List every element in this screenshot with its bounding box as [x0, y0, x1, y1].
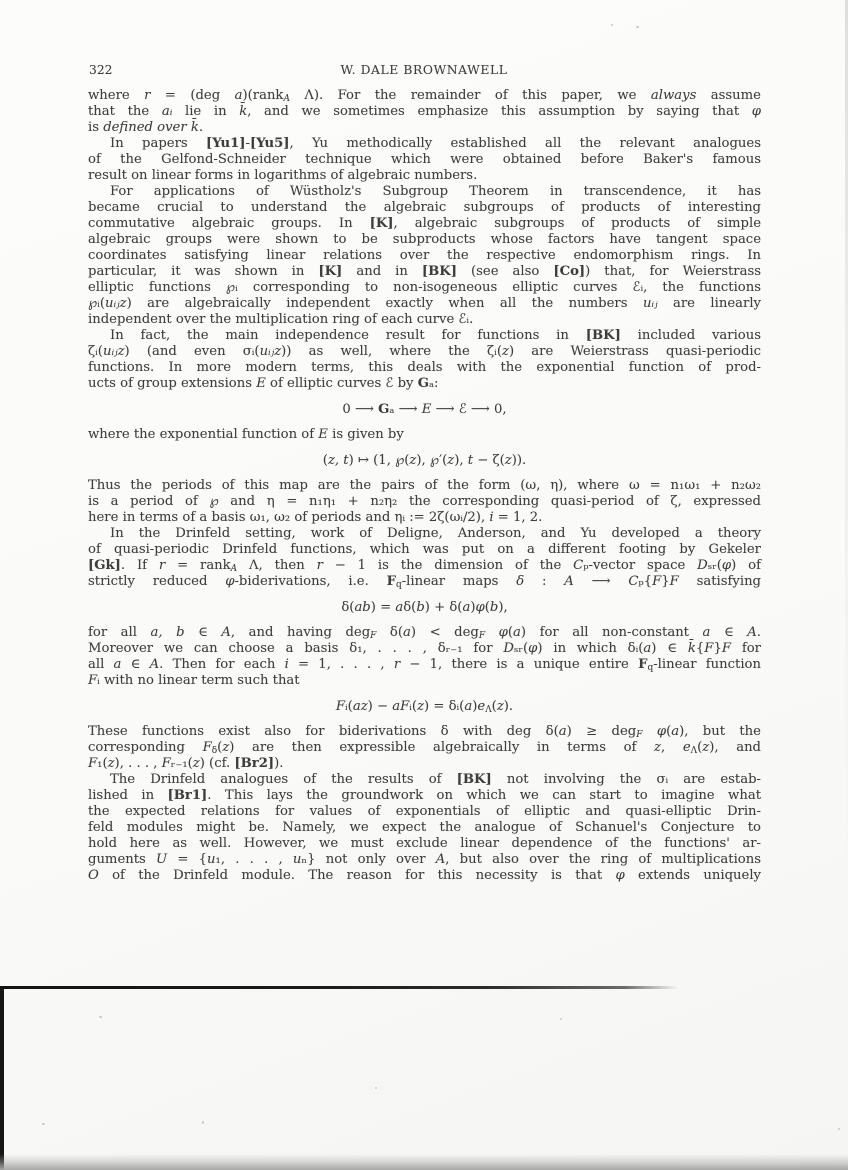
text-line: F₁(z), . . . , Fᵣ₋₁(z) (cf. [Br2]).: [88, 756, 761, 772]
text-segment: , and we sometimes emphasize this assump…: [247, 104, 752, 119]
text-segment: elliptic functions ℘ᵢ corresponding to n…: [88, 280, 761, 295]
text-segment: [BK]: [586, 328, 621, 343]
text-segment: 0 ⟶: [342, 402, 378, 417]
display-equation: (z, t) ↦ (1, ℘(z), ℘′(z), t − ζ(z)).: [88, 453, 761, 469]
text-segment: z: [193, 756, 200, 771]
text-segment: of the Gelfond-Schneider technique which…: [88, 152, 761, 167]
scan-speck: [42, 1123, 45, 1125]
running-head: W. DALE BROWNAWELL: [0, 63, 848, 77]
text-segment: [K]: [370, 216, 394, 231]
text-segment: = 1, 2.: [494, 510, 543, 525]
text-segment: ) =: [371, 600, 396, 615]
text-segment: u: [207, 852, 216, 867]
paragraph: where the exponential function of E is g…: [88, 427, 761, 443]
paragraph: Thus the periods of this map are the pai…: [88, 478, 761, 526]
text-segment: assume: [696, 88, 761, 103]
paragraph: For applications of Wüstholz's Subgroup …: [88, 184, 761, 328]
text-segment: [Yu5]: [250, 136, 290, 151]
text-segment: )(rank: [242, 88, 283, 103]
text-segment: ₁, . . . ,: [216, 852, 293, 867]
text-segment: ᵢ(: [409, 699, 417, 714]
text-line: guments U = {u₁, . . . , uₙ} not only ov…: [88, 852, 761, 868]
text-segment: ) (and even σᵢ(: [125, 344, 260, 359]
text-segment: ∈: [121, 657, 149, 672]
text-segment: [BK]: [422, 264, 457, 279]
text-segment: . Then for each: [159, 657, 284, 672]
text-segment: feld modules might be. Namely, we expect…: [88, 820, 761, 835]
text-segment: = rank: [165, 558, 230, 573]
text-segment: )) as well, where the ζᵢ(: [281, 344, 502, 359]
text-segment: ucts of group extensions: [88, 376, 256, 391]
text-segment: extends uniquely: [625, 868, 761, 883]
text-segment: ᵢ(: [345, 699, 353, 714]
text-segment: )).: [512, 453, 526, 468]
text-segment: ₐ:: [429, 376, 439, 391]
text-line: here in terms of a basis ω₁, ω₂ of perio…: [88, 510, 761, 526]
text-segment: here in terms of a basis ω₁, ω₂ of perio…: [88, 510, 489, 525]
text-line: is a period of ℘ and η = n₁η₁ + n₂η₂ the…: [88, 494, 761, 510]
scan-artifact-left-bar: [0, 988, 4, 1170]
text-segment: These functions exist also for biderivat…: [88, 724, 559, 739]
text-segment: commutative algebraic groups. In: [88, 216, 370, 231]
text-segment: algebraic groups were shown to be subpro…: [88, 232, 761, 247]
text-segment: A: [150, 657, 160, 672]
text-segment: independent over the multiplication ring…: [88, 312, 473, 327]
text-segment: uᵢⱼz: [103, 344, 125, 359]
text-segment: lie in: [172, 104, 239, 119]
text-segment: guments: [88, 852, 156, 867]
text-segment: A: [564, 574, 574, 589]
text-segment: ₚ-vector space: [583, 558, 697, 573]
text-segment: all: [88, 657, 114, 672]
text-segment: satisfying: [679, 574, 761, 589]
paragraph: In papers [Yu1]-[Yu5], Yu methodically e…: [88, 136, 761, 184]
text-line: lished in [Br1]. This lays the groundwor…: [88, 788, 761, 804]
text-segment: ).: [504, 699, 513, 714]
text-segment: − 1 is the dimension of the: [323, 558, 573, 573]
text-segment: ) in which δᵢ(: [537, 641, 643, 656]
text-segment: The Drinfeld analogues of the results of: [110, 772, 457, 787]
text-segment: F: [88, 756, 97, 771]
text-segment: for: [731, 641, 761, 656]
scan-artifact-bottom-band: [0, 1154, 848, 1170]
paragraph: These functions exist also for biderivat…: [88, 724, 761, 772]
text-segment: E: [422, 402, 432, 417]
text-segment: for all: [88, 625, 151, 640]
text-segment: a: [403, 625, 411, 640]
text-line: corresponding Fδ(z) are then expressible…: [88, 740, 761, 756]
text-segment: , algebraic subgroups of products of sim…: [394, 216, 761, 231]
text-segment: uᵢⱼ: [643, 296, 658, 311]
text-segment: az: [353, 699, 368, 714]
text-segment: − ζ(: [473, 453, 505, 468]
text-line: elliptic functions ℘ᵢ corresponding to n…: [88, 280, 761, 296]
text-segment: ₙ} not only over: [301, 852, 435, 867]
text-segment: ).: [274, 756, 283, 771]
text-segment: -linear function: [653, 657, 761, 672]
text-segment: (see also: [457, 264, 553, 279]
text-segment: A: [221, 625, 231, 640]
text-segment: a: [559, 724, 567, 739]
text-segment: ), . . . ,: [115, 756, 162, 771]
text-segment: strictly reduced: [88, 574, 225, 589]
text-segment: φ: [475, 600, 484, 615]
text-segment: -linear maps: [402, 574, 517, 589]
text-segment: [Co]: [553, 264, 585, 279]
text-segment: ) are algebraically independent exactly …: [127, 296, 643, 311]
text-segment: of the Drinfeld module. The reason for t…: [99, 868, 616, 883]
text-segment: For applications of Wüstholz's Subgroup …: [110, 184, 761, 199]
text-segment: δ(: [403, 600, 416, 615]
text-segment: z, t: [328, 453, 349, 468]
scan-speck: [375, 1087, 377, 1089]
text-segment: defined over: [103, 120, 186, 135]
text-segment: uᵢⱼz: [105, 296, 127, 311]
text-line: Thus the periods of this map are the pai…: [88, 478, 761, 494]
text-segment: and in: [342, 264, 422, 279]
text-segment: ) ↦ (1, ℘(: [349, 453, 410, 468]
paragraph: where r = (deg a)(rankA Λ). For the rema…: [88, 88, 761, 136]
text-segment: aᵢ: [162, 104, 173, 119]
text-segment: δ(: [376, 625, 403, 640]
text-segment: included various: [621, 328, 761, 343]
text-segment: is a period of ℘ and η = n₁η₁ + n₂η₂ the…: [88, 494, 761, 509]
text-segment: [485, 625, 499, 640]
text-segment: hold here as well. However, we must excl…: [88, 836, 761, 851]
text-segment: ), ℘′(: [416, 453, 447, 468]
text-segment: z: [497, 699, 504, 714]
paragraph: for all a, b ∈ A, and having degF δ(a) <…: [88, 625, 761, 689]
text-segment: a, b: [151, 625, 185, 640]
text-segment: z: [108, 756, 115, 771]
text-segment: ),: [498, 600, 507, 615]
scan-speck: [560, 1018, 562, 1020]
text-segment: uᵢⱼz: [260, 344, 282, 359]
text-segment: .: [199, 120, 203, 135]
text-segment: Moreover we can choose a basis δ₁, . . .…: [88, 641, 503, 656]
text-segment: ) < deg: [411, 625, 479, 640]
text-segment: where the exponential function of: [88, 427, 318, 442]
text-segment: E: [318, 427, 328, 442]
text-segment: ) of: [731, 558, 761, 573]
text-segment: G: [418, 376, 429, 391]
text-segment: φ: [752, 104, 761, 119]
text-line: coordinates satisfying linear relations …: [88, 248, 761, 264]
text-line: hold here as well. However, we must excl…: [88, 836, 761, 852]
text-segment: φ: [615, 868, 624, 883]
text-segment: ) that, for Weierstrass: [585, 264, 761, 279]
text-segment: coordinates satisfying linear relations …: [88, 248, 761, 263]
display-equation: Fᵢ(az) − aFᵢ(z) = δᵢ(a)eΛ(z).: [88, 699, 761, 715]
text-segment: are linearly: [658, 296, 761, 311]
text-line: O of the Drinfeld module. The reason for…: [88, 868, 761, 884]
text-segment: Λ). For the remainder of this paper, we: [290, 88, 651, 103]
text-segment: D: [697, 558, 708, 573]
text-line: became crucial to understand the algebra…: [88, 200, 761, 216]
text-segment: ) (cf.: [200, 756, 235, 771]
text-segment: ℘ᵢ(: [88, 296, 105, 311]
text-segment: ∈: [185, 625, 222, 640]
text-segment: particular, it was shown in: [88, 264, 318, 279]
text-segment: ) + δ(: [425, 600, 463, 615]
text-segment: ) for all non-constant: [521, 625, 703, 640]
text-segment: the expected relations for values of exp…: [88, 804, 761, 819]
text-segment: φ: [499, 625, 508, 640]
text-line: ζᵢ(uᵢⱼz) (and even σᵢ(uᵢⱼz)) as well, wh…: [88, 344, 761, 360]
text-segment: Λ, then: [237, 558, 316, 573]
text-segment: ζᵢ(: [88, 344, 103, 359]
text-segment: ), and: [709, 740, 761, 755]
text-line: ℘ᵢ(uᵢⱼz) are algebraically independent e…: [88, 296, 761, 312]
text-segment: result on linear forms in logarithms of …: [88, 168, 477, 183]
paragraph: In fact, the main independence result fo…: [88, 328, 761, 392]
text-segment: O: [88, 868, 99, 883]
text-line: functions. In more modern terms, this de…: [88, 360, 761, 376]
text-segment: }: [661, 574, 669, 589]
text-segment: D: [503, 641, 514, 656]
text-segment: z: [505, 453, 512, 468]
text-segment: ₚ{: [638, 574, 652, 589]
text-segment: ᵢ with no linear term such that: [97, 673, 299, 688]
text-segment: ⟶ ℰ ⟶ 0,: [431, 402, 506, 417]
text-segment: aF: [392, 699, 409, 714]
text-segment: F: [203, 740, 212, 755]
text-segment: , but also over the ring of multiplicati…: [445, 852, 761, 867]
text-segment: ), but the: [679, 724, 761, 739]
text-segment: F: [670, 574, 679, 589]
text-segment: -biderivations, i.e.: [234, 574, 386, 589]
text-line: of quasi-periodic Drinfeld functions, wh…: [88, 542, 761, 558]
text-segment: . This lays the groundwork on which we c…: [207, 788, 761, 803]
text-segment: z: [417, 699, 424, 714]
text-segment: a: [513, 625, 521, 640]
text-segment: φ: [722, 558, 731, 573]
text-segment: In papers: [110, 136, 206, 151]
paragraph: The Drinfeld analogues of the results of…: [88, 772, 761, 884]
text-segment: U: [156, 852, 167, 867]
text-segment: In the Drinfeld setting, work of Deligne…: [110, 526, 761, 541]
display-equation: δ(ab) = aδ(b) + δ(a)φ(b),: [88, 600, 761, 616]
text-line: algebraic groups were shown to be subpro…: [88, 232, 761, 248]
text-segment: F: [387, 574, 396, 589]
text-segment: ∈: [710, 625, 747, 640]
text-segment: ab: [354, 600, 370, 615]
text-segment: became crucial to understand the algebra…: [88, 200, 761, 215]
text-segment: :: [524, 574, 564, 589]
text-segment: .: [757, 625, 761, 640]
text-segment: that the: [88, 104, 162, 119]
text-segment: In fact, the main independence result fo…: [110, 328, 586, 343]
text-segment: }: [713, 641, 721, 656]
text-segment: ₛᵣ(: [708, 558, 722, 573]
text-line: where the exponential function of E is g…: [88, 427, 761, 443]
text-line: feld modules might be. Namely, we expect…: [88, 820, 761, 836]
text-segment: corresponding: [88, 740, 203, 755]
text-segment: z: [654, 740, 661, 755]
text-segment: A: [436, 852, 446, 867]
text-segment: ,: [661, 740, 683, 755]
text-segment: ) are then expressible algebraically in …: [229, 740, 654, 755]
text-segment: ) are Weierstrass quasi-periodic: [509, 344, 761, 359]
text-line: of the Gelfond-Schneider technique which…: [88, 152, 761, 168]
text-segment: ) −: [368, 699, 393, 714]
text-segment: of quasi-periodic Drinfeld functions, wh…: [88, 542, 761, 557]
text-segment: F: [652, 574, 661, 589]
text-line: for all a, b ∈ A, and having degF δ(a) <…: [88, 625, 761, 641]
text-line: the expected relations for values of exp…: [88, 804, 761, 820]
text-segment: . If: [121, 558, 159, 573]
text-line: where r = (deg a)(rankA Λ). For the rema…: [88, 88, 761, 104]
text-segment: , Yu methodically established all the re…: [289, 136, 761, 151]
text-segment: ₛᵣ(: [514, 641, 528, 656]
text-line: In the Drinfeld setting, work of Deligne…: [88, 526, 761, 542]
text-segment: b: [416, 600, 424, 615]
text-segment: − 1, there is a unique entire: [400, 657, 638, 672]
text-line: ucts of group extensions E of elliptic c…: [88, 376, 761, 392]
text-segment: C: [628, 574, 638, 589]
text-segment: functions. In more modern terms, this de…: [88, 360, 761, 375]
text-segment: [Br2]: [234, 756, 274, 771]
text-line: that the aᵢ lie in k̄, and we sometimes …: [88, 104, 761, 120]
text-line: In papers [Yu1]-[Yu5], Yu methodically e…: [88, 136, 761, 152]
text-segment: of elliptic curves ℰ by: [266, 376, 418, 391]
text-line: result on linear forms in logarithms of …: [88, 168, 761, 184]
text-segment: A: [747, 625, 757, 640]
text-segment: [K]: [318, 264, 342, 279]
text-segment: [642, 724, 656, 739]
text-segment: where: [88, 88, 144, 103]
text-segment: e: [683, 740, 691, 755]
text-segment: lished in: [88, 788, 168, 803]
text-segment: δ(: [341, 600, 354, 615]
text-segment: [Br1]: [168, 788, 208, 803]
text-segment: [Gk]: [88, 558, 121, 573]
text-segment: G: [378, 402, 389, 417]
text-segment: is: [88, 120, 103, 135]
scan-speck: [636, 26, 639, 28]
text-segment: [BK]: [457, 772, 492, 787]
text-segment: k̄: [191, 120, 199, 135]
text-segment: ) = δᵢ(: [424, 699, 464, 714]
text-line: Moreover we can choose a basis δ₁, . . .…: [88, 641, 761, 657]
text-line: all a ∈ A. Then for each i = 1, . . . , …: [88, 657, 761, 673]
text-segment: C: [573, 558, 583, 573]
page-header: 322 W. DALE BROWNAWELL: [0, 63, 848, 79]
text-segment: ₐ ⟶: [389, 402, 421, 417]
scan-speck: [202, 1121, 204, 1124]
scanned-paper-page: 322 W. DALE BROWNAWELL where r = (deg a)…: [0, 0, 848, 1170]
text-column: where r = (deg a)(rankA Λ). For the rema…: [88, 88, 761, 884]
scan-speck: [611, 24, 613, 26]
text-line: commutative algebraic groups. In [K], al…: [88, 216, 761, 232]
text-line: These functions exist also for biderivat…: [88, 724, 761, 740]
text-segment: k̄: [688, 641, 696, 656]
text-line: independent over the multiplication ring…: [88, 312, 761, 328]
text-segment: ),: [454, 453, 468, 468]
text-line: strictly reduced φ-biderivations, i.e. F…: [88, 574, 761, 590]
text-line: particular, it was shown in [K] and in […: [88, 264, 761, 280]
scan-speck: [99, 1016, 102, 1018]
text-segment: F: [722, 641, 731, 656]
text-segment: F: [88, 673, 97, 688]
text-segment: ⟶: [574, 574, 629, 589]
text-segment: not involving the σᵢ are estab-: [492, 772, 761, 787]
text-segment: z: [502, 344, 509, 359]
text-segment: ᵣ₋₁(: [171, 756, 193, 771]
text-line: In fact, the main independence result fo…: [88, 328, 761, 344]
text-segment: Thus the periods of this map are the pai…: [88, 478, 761, 493]
text-line: is defined over k̄.: [88, 120, 761, 136]
text-segment: ₁(: [97, 756, 107, 771]
scan-speck: [838, 1128, 840, 1130]
text-segment: is given by: [328, 427, 404, 442]
text-segment: [Yu1]: [206, 136, 246, 151]
text-segment: , and having deg: [231, 625, 370, 640]
text-segment: = {: [167, 852, 207, 867]
text-segment: = 1, . . . ,: [289, 657, 394, 672]
text-segment: a: [671, 724, 679, 739]
display-equation: 0 ⟶ Gₐ ⟶ E ⟶ ℰ ⟶ 0,: [88, 402, 761, 418]
text-segment: ) ≥ deg: [567, 724, 637, 739]
paragraph: In the Drinfeld setting, work of Deligne…: [88, 526, 761, 590]
text-line: Fᵢ with no linear term such that: [88, 673, 761, 689]
text-segment: = (deg: [150, 88, 234, 103]
text-segment: ) ∈: [651, 641, 688, 656]
text-line: [Gk]. If r = rankA Λ, then r − 1 is the …: [88, 558, 761, 574]
text-line: The Drinfeld analogues of the results of…: [88, 772, 761, 788]
scan-artifact-horizontal-line: [0, 986, 678, 989]
text-segment: φ: [657, 724, 666, 739]
text-line: For applications of Wüstholz's Subgroup …: [88, 184, 761, 200]
text-segment: φ: [528, 641, 537, 656]
text-segment: F: [336, 699, 345, 714]
text-segment: always: [651, 88, 696, 103]
text-segment: E: [256, 376, 266, 391]
text-segment: F: [162, 756, 171, 771]
